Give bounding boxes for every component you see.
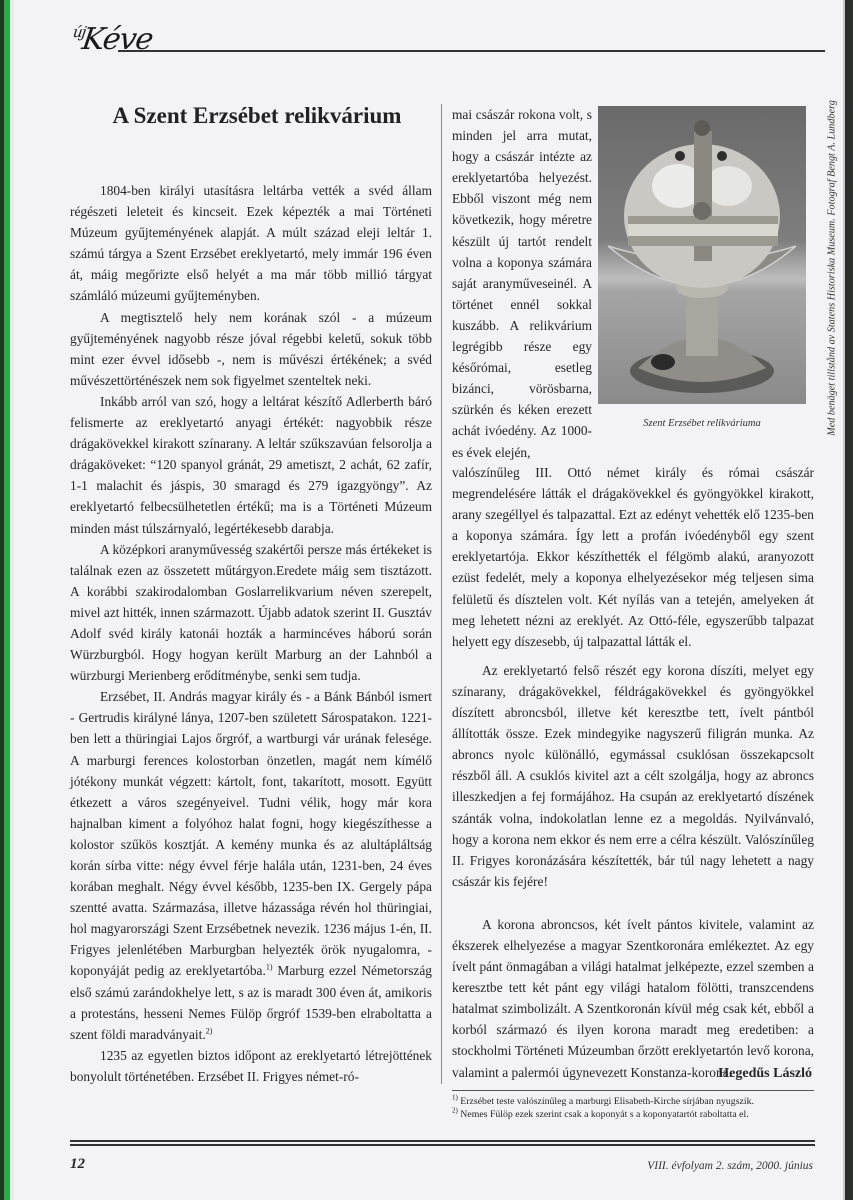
footer-rule <box>70 1140 815 1142</box>
paragraph: 1804-ben királyi utasításra leltárba vet… <box>70 180 432 307</box>
footnote-2: 2) Nemes Fülöp ezek szerint csak a kopon… <box>452 1108 822 1121</box>
article-title: A Szent Erzsébet relikvárium <box>82 103 432 129</box>
footnotes: 1) Erzsébet teste valószínűleg a marburg… <box>452 1095 822 1121</box>
paragraph: Inkább arról van szó, hogy a leltárat ké… <box>70 391 432 539</box>
paragraph: valószínűleg III. Ottó német király és r… <box>452 462 814 652</box>
right-column: valószínűleg III. Ottó német király és r… <box>452 462 814 1083</box>
middle-column: mai császár rokona volt, s minden jel ar… <box>452 104 592 463</box>
reliquary-photo <box>598 106 806 404</box>
page-edge-right <box>845 0 853 1200</box>
paragraph: A megtisztelő hely nem korának szól - a … <box>70 307 432 391</box>
paragraph: mai császár rokona volt, s minden jel ar… <box>452 104 592 463</box>
footnote-text: Nemes Fülöp ezek szerint csak a koponyát… <box>458 1109 749 1120</box>
footnote-rule <box>452 1090 814 1091</box>
reliquary-illustration <box>598 106 806 404</box>
paragraph: A középkori aranyművesség szakértői pers… <box>70 539 432 687</box>
paragraph: 1235 az egyetlen biztos időpont az erekl… <box>70 1045 432 1087</box>
paragraph: Az ereklyetartó felső részét egy korona … <box>452 660 814 892</box>
left-column: 1804-ben királyi utasításra leltárba vet… <box>70 180 432 1087</box>
photo-caption: Szent Erzsébet relikváriuma <box>598 418 806 429</box>
paragraph: Erzsébet, II. András magyar király és - … <box>70 686 432 1045</box>
paragraph-text: Erzsébet, II. András magyar király és - … <box>70 689 432 978</box>
footnote-ref-2[interactable]: 2) <box>206 1026 213 1035</box>
header-rule <box>118 50 825 52</box>
footnote-text: Erzsébet teste valószínűleg a marburgi E… <box>458 1096 754 1107</box>
column-divider <box>441 104 442 1084</box>
photo-credit: Med benäget tillstånd av Statens Histori… <box>822 95 842 440</box>
footnote-ref-1[interactable]: 1) <box>266 963 273 972</box>
photo-credit-text: Med benäget tillstånd av Statens Histori… <box>827 100 838 436</box>
footer-rule <box>70 1144 815 1146</box>
issue-info: VIII. évfolyam 2. szám, 2000. június <box>647 1160 813 1172</box>
paragraph: A korona abroncsos, két ívelt pántos kiv… <box>452 914 814 1083</box>
author-name: Hegedűs László <box>452 1066 812 1082</box>
footnote-1: 1) Erzsébet teste valószínűleg a marburg… <box>452 1095 822 1108</box>
page-number: 12 <box>70 1156 85 1173</box>
page-edge-left-light <box>10 0 14 1200</box>
